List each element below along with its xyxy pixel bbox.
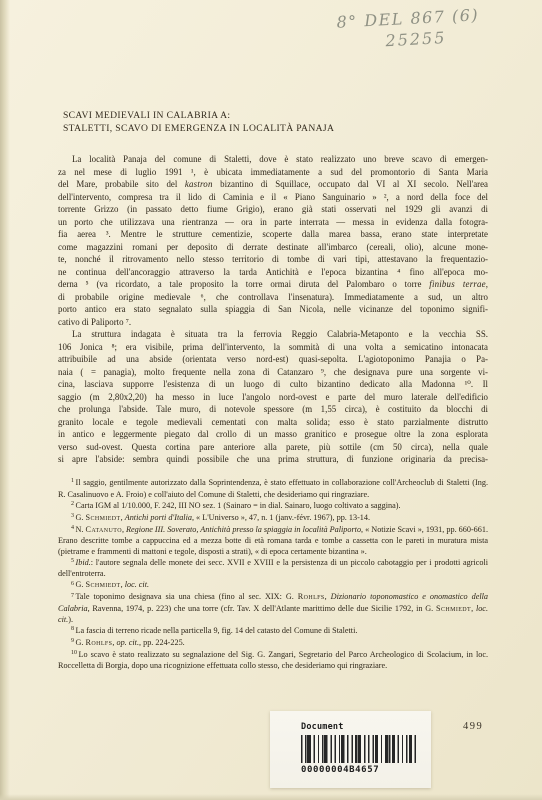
footnote: 6G. Schmiedt, loc. cit.	[58, 580, 488, 592]
barcode-label-title: Document	[301, 722, 431, 732]
scanned-page: { "annotations": { "shelfmark": "8° DEL …	[0, 0, 542, 800]
footnote-text: Tale toponimo designava sia una chiesa (…	[58, 592, 488, 623]
footnote: 1Il saggio, gentilmente autorizzato dall…	[58, 478, 488, 500]
body-line: La struttura indagata è situata tra la f…	[58, 328, 488, 341]
barcode-icon	[301, 735, 416, 763]
body-line: verso sud-ovest. Questa cortina pare ant…	[58, 441, 488, 454]
footnote: 4N. Catanuto, Regione III. Soverato, Ant…	[58, 525, 488, 558]
body-line: del Mare, probabile sito del kastron biz…	[58, 178, 488, 191]
page-number: 499	[463, 721, 483, 732]
footnote-text: N. Catanuto, Regione III. Soverato, Anti…	[58, 525, 488, 556]
body-line: come magazzini romani per deposito di de…	[58, 241, 488, 254]
footnote-text: La fascia di terreno ricade nella partic…	[76, 626, 358, 635]
article-title-line-1: SCAVI MEDIEVALI IN CALABRIA A:	[63, 110, 493, 123]
body-line: in antico e leggermente piegato dal crol…	[58, 428, 488, 441]
body-line: granito locale e tegole medievali cement…	[58, 416, 488, 429]
body-line: naia ( = panagia), molto frequente nella…	[58, 366, 488, 379]
footnote: 7Tale toponimo designava sia una chiesa …	[58, 592, 488, 625]
footnote: 2Carta IGM al 1/10.000, F. 242, III NO s…	[58, 501, 488, 513]
body-line: saggio (m 2,80x2,20) ha messo in luce l'…	[58, 391, 488, 404]
footnote-text: Ibid.: l'autore segnala delle monete dei…	[58, 558, 488, 579]
body-line: torrente Grizzo (in passato detto fiume …	[58, 203, 488, 216]
article-body: La località Panaja del comune di Stalett…	[58, 153, 488, 466]
footnote-marker: 10	[71, 650, 79, 656]
barcode-label-content: Document 00000004B4657	[270, 711, 431, 775]
footnote-marker: 5	[71, 558, 76, 564]
article-title-line-2: STALETTI, SCAVO DI EMERGENZA IN LOCALITÀ…	[63, 123, 493, 136]
footnote-text: Il saggio, gentilmente autorizzato dalla…	[58, 478, 488, 499]
footnote-marker: 6	[71, 581, 76, 587]
body-line: che prolunga l'abside. Tale muro, di not…	[58, 403, 488, 416]
body-line: 106 Jonica ⁸; era visibile, prima dell'i…	[58, 341, 488, 354]
footnote: 8La fascia di terreno ricade nella parti…	[58, 626, 488, 638]
scan-edge-shadow-bottom	[0, 794, 542, 800]
body-line: cativo di Paliporto ⁷.	[58, 316, 488, 329]
body-line: dell'intervento, compresa tra il lido di…	[58, 191, 488, 204]
footnote-marker: 4	[71, 525, 76, 531]
article-title: SCAVI MEDIEVALI IN CALABRIA A: STALETTI,…	[63, 110, 493, 135]
footnote-marker: 9	[71, 638, 76, 644]
footnote-marker: 2	[71, 501, 76, 507]
body-line: cina, lasciava supporre l'esistenza di u…	[58, 378, 488, 391]
footnote-text: G. Rohlfs, op. cit., pp. 224-225.	[76, 638, 185, 647]
footnote: 5Ibid.: l'autore segnala delle monete de…	[58, 558, 488, 580]
body-line: te, nonché il ritrovamento nello stesso …	[58, 253, 488, 266]
footnote: 10Lo scavo è stato realizzato su segnala…	[58, 650, 488, 672]
barcode-number: 00000004B4657	[301, 765, 431, 775]
body-line: fia aerea ³. Mentre le strutture cementi…	[58, 228, 488, 241]
body-line: un porto che utilizzava una rientranza —…	[58, 216, 488, 229]
body-line: derna ⁵ (va ricordato, a tale proposito …	[58, 278, 488, 291]
footnote-marker: 1	[71, 478, 76, 484]
footnotes-section: 1Il saggio, gentilmente autorizzato dall…	[58, 478, 488, 672]
footnote: 3G. Schmiedt, Antichi porti d'Italia, « …	[58, 513, 488, 525]
body-line: di probabile origine medievale ⁶, che co…	[58, 291, 488, 304]
paragraph: La località Panaja del comune di Stalett…	[58, 153, 488, 328]
library-barcode-label: Document 00000004B4657	[270, 711, 431, 788]
footnote-marker: 7	[71, 593, 76, 599]
handwritten-annotation: 8° DEL 867 (6) 25255	[336, 4, 481, 53]
body-line: La località Panaja del comune di Stalett…	[58, 153, 488, 166]
body-line: za nel mese di luglio 1991 ¹, è ubicata …	[58, 166, 488, 179]
footnote-text: G. Schmiedt, loc. cit.	[76, 580, 150, 589]
body-line: ne continua dell'ancoraggio attraverso l…	[58, 266, 488, 279]
paragraph: La struttura indagata è situata tra la f…	[58, 328, 488, 466]
footnote-marker: 8	[71, 626, 76, 632]
footnote-marker: 3	[71, 513, 76, 519]
body-line: porto antico era stato segnalato sulla s…	[58, 303, 488, 316]
body-line: si apre l'abside: sembra quindi possibil…	[58, 453, 488, 466]
footnote-text: G. Schmiedt, Antichi porti d'Italia, « L…	[76, 513, 371, 522]
footnote: 9G. Rohlfs, op. cit., pp. 224-225.	[58, 638, 488, 650]
footnote-text: Lo scavo è stato realizzato su segnalazi…	[58, 650, 488, 671]
scan-edge-shadow-left	[0, 0, 10, 800]
footnote-text: Carta IGM al 1/10.000, F. 242, III NO se…	[76, 501, 401, 510]
body-line: attribuibile ad una abside (orientata ve…	[58, 353, 488, 366]
